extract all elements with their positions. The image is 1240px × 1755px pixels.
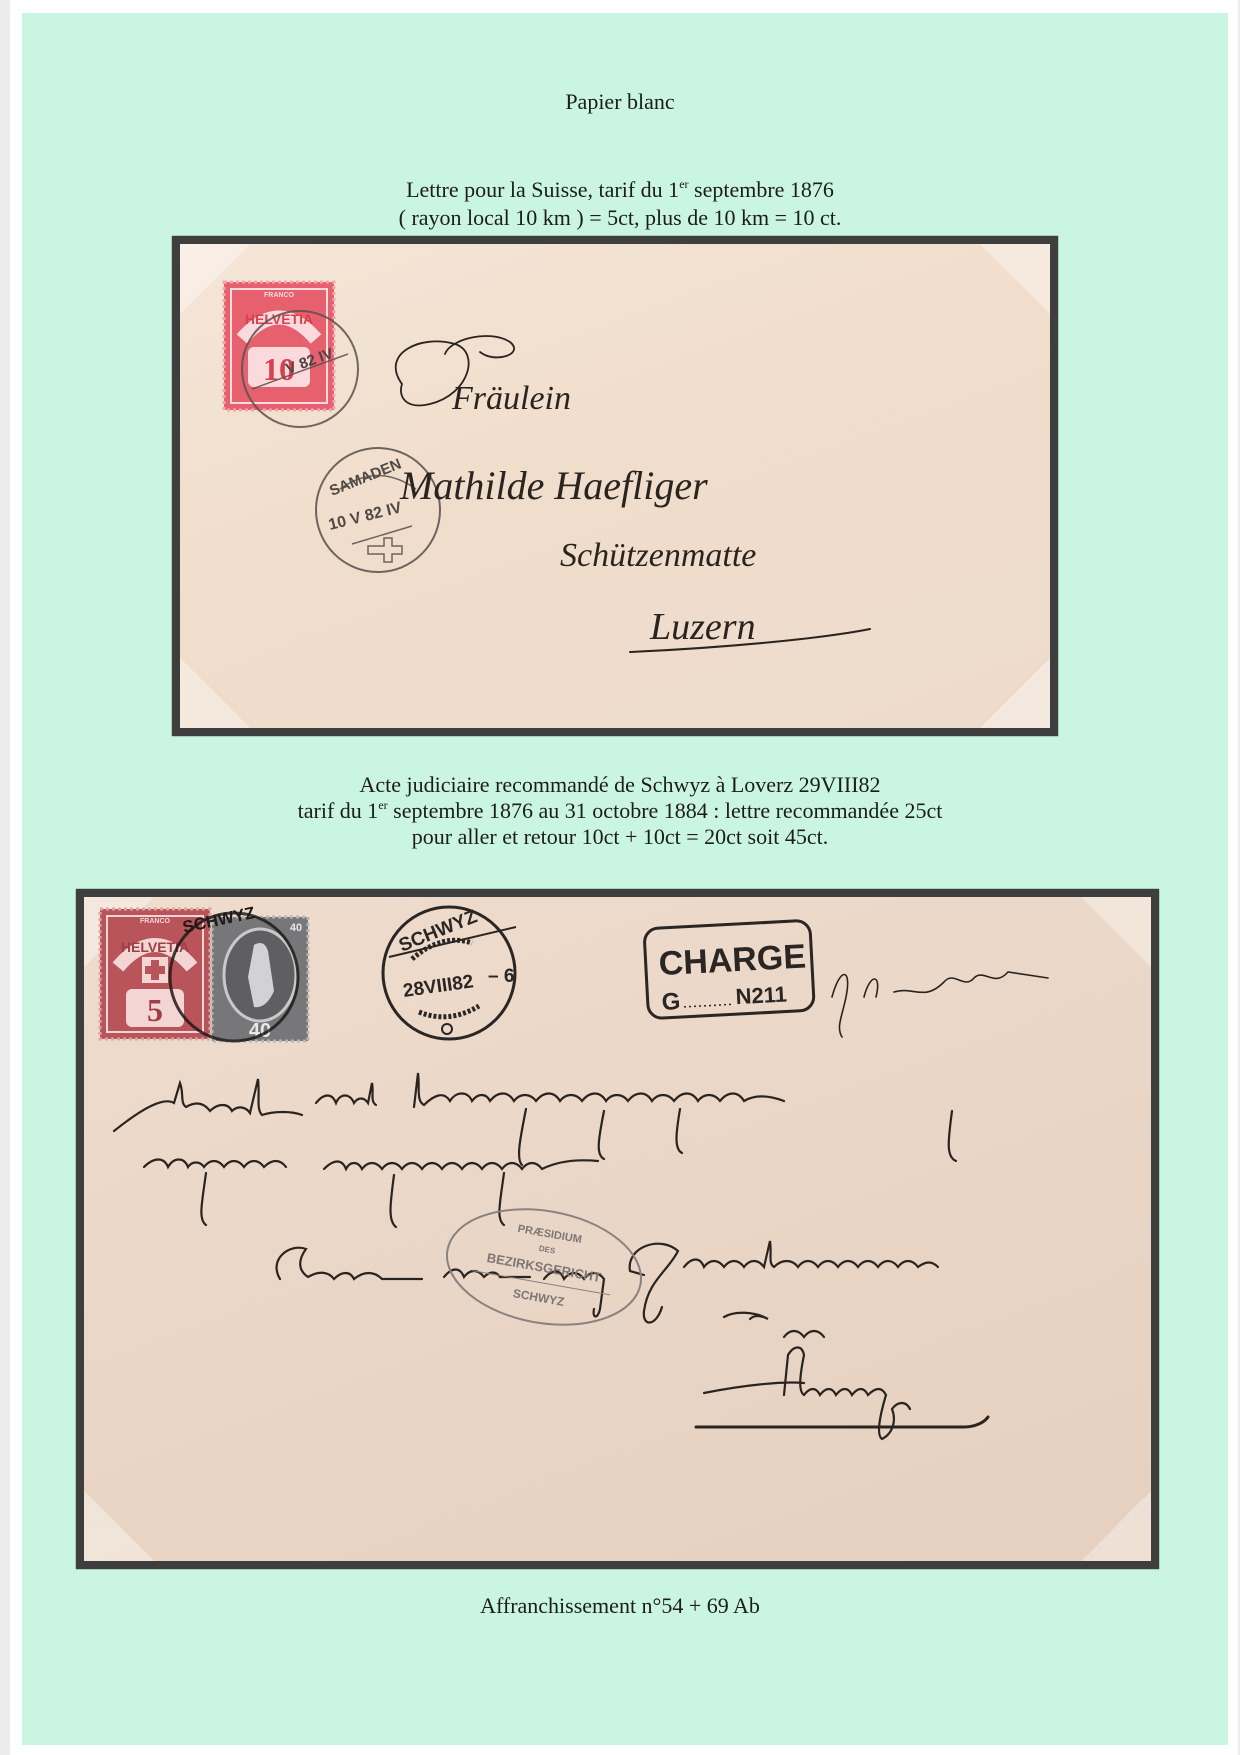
svg-text:FRANCO: FRANCO <box>140 918 170 925</box>
cover2-envelope: HELVETIA FRANCO 5 40 40 SCHWYZ <box>84 897 1151 1561</box>
svg-text:SCHWYZ: SCHWYZ <box>396 906 481 956</box>
svg-text:DES: DES <box>538 1244 556 1256</box>
svg-text:FRANCO: FRANCO <box>264 292 294 299</box>
stamp-10c-icon: HELVETIA FRANCO 10 <box>224 282 334 410</box>
cover2-caption-line1: Acte judiciaire recommandé de Schwyz à L… <box>0 772 1240 797</box>
cover1-caption-line2: ( rayon local 10 km ) = 5ct, plus de 10 … <box>0 205 1240 230</box>
page-footer: Affranchissement n°54 + 69 Ab <box>0 1593 1240 1618</box>
registration-label: CHARGE G N211 <box>644 920 814 1019</box>
cover2-caption-line2: tarif du 1er septembre 1876 au 31 octobr… <box>0 798 1240 823</box>
address-city: Luzern <box>649 606 756 648</box>
svg-text:HELVETIA: HELVETIA <box>245 311 313 327</box>
svg-text:PRÆSIDIUM: PRÆSIDIUM <box>517 1223 583 1246</box>
svg-text:28VIII82: 28VIII82 <box>402 971 475 1002</box>
svg-text:40: 40 <box>290 922 302 934</box>
stamp-40c-icon: 40 40 <box>212 917 308 1042</box>
cover1-envelope: HELVETIA FRANCO 10 V 82 IV SAMADEN 10 V … <box>180 244 1050 728</box>
cover1-caption-line1: Lettre pour la Suisse, tarif du 1er sept… <box>0 177 1240 202</box>
svg-text:CHARGE: CHARGE <box>658 937 807 983</box>
cover1-artwork: HELVETIA FRANCO 10 V 82 IV SAMADEN 10 V … <box>180 244 1050 728</box>
svg-text:G: G <box>661 988 681 1016</box>
cover1-mount: HELVETIA FRANCO 10 V 82 IV SAMADEN 10 V … <box>172 236 1058 736</box>
page-title: Papier blanc <box>0 89 1240 114</box>
handwritten-text <box>114 1073 988 1439</box>
address-salutation: Fräulein <box>451 380 571 417</box>
address-street: Schützenmatte <box>560 537 756 574</box>
cover2-artwork: HELVETIA FRANCO 5 40 40 SCHWYZ <box>84 897 1151 1561</box>
cachet-oval-stamp: PRÆSIDIUM DES BEZIRKSGERICHT SCHWYZ <box>438 1195 650 1339</box>
cover2-mount: HELVETIA FRANCO 5 40 40 SCHWYZ <box>76 889 1159 1569</box>
svg-text:5: 5 <box>147 992 163 1028</box>
cover2-caption-line3: pour aller et retour 10ct + 10ct = 20ct … <box>0 824 1240 849</box>
svg-text:10 V 82 IV: 10 V 82 IV <box>327 499 404 534</box>
address-name: Mathilde Haefliger <box>399 463 708 508</box>
svg-text:SCHWYZ: SCHWYZ <box>512 1286 566 1309</box>
svg-text:N211: N211 <box>735 982 788 1010</box>
svg-text:– 6: – 6 <box>488 966 514 987</box>
